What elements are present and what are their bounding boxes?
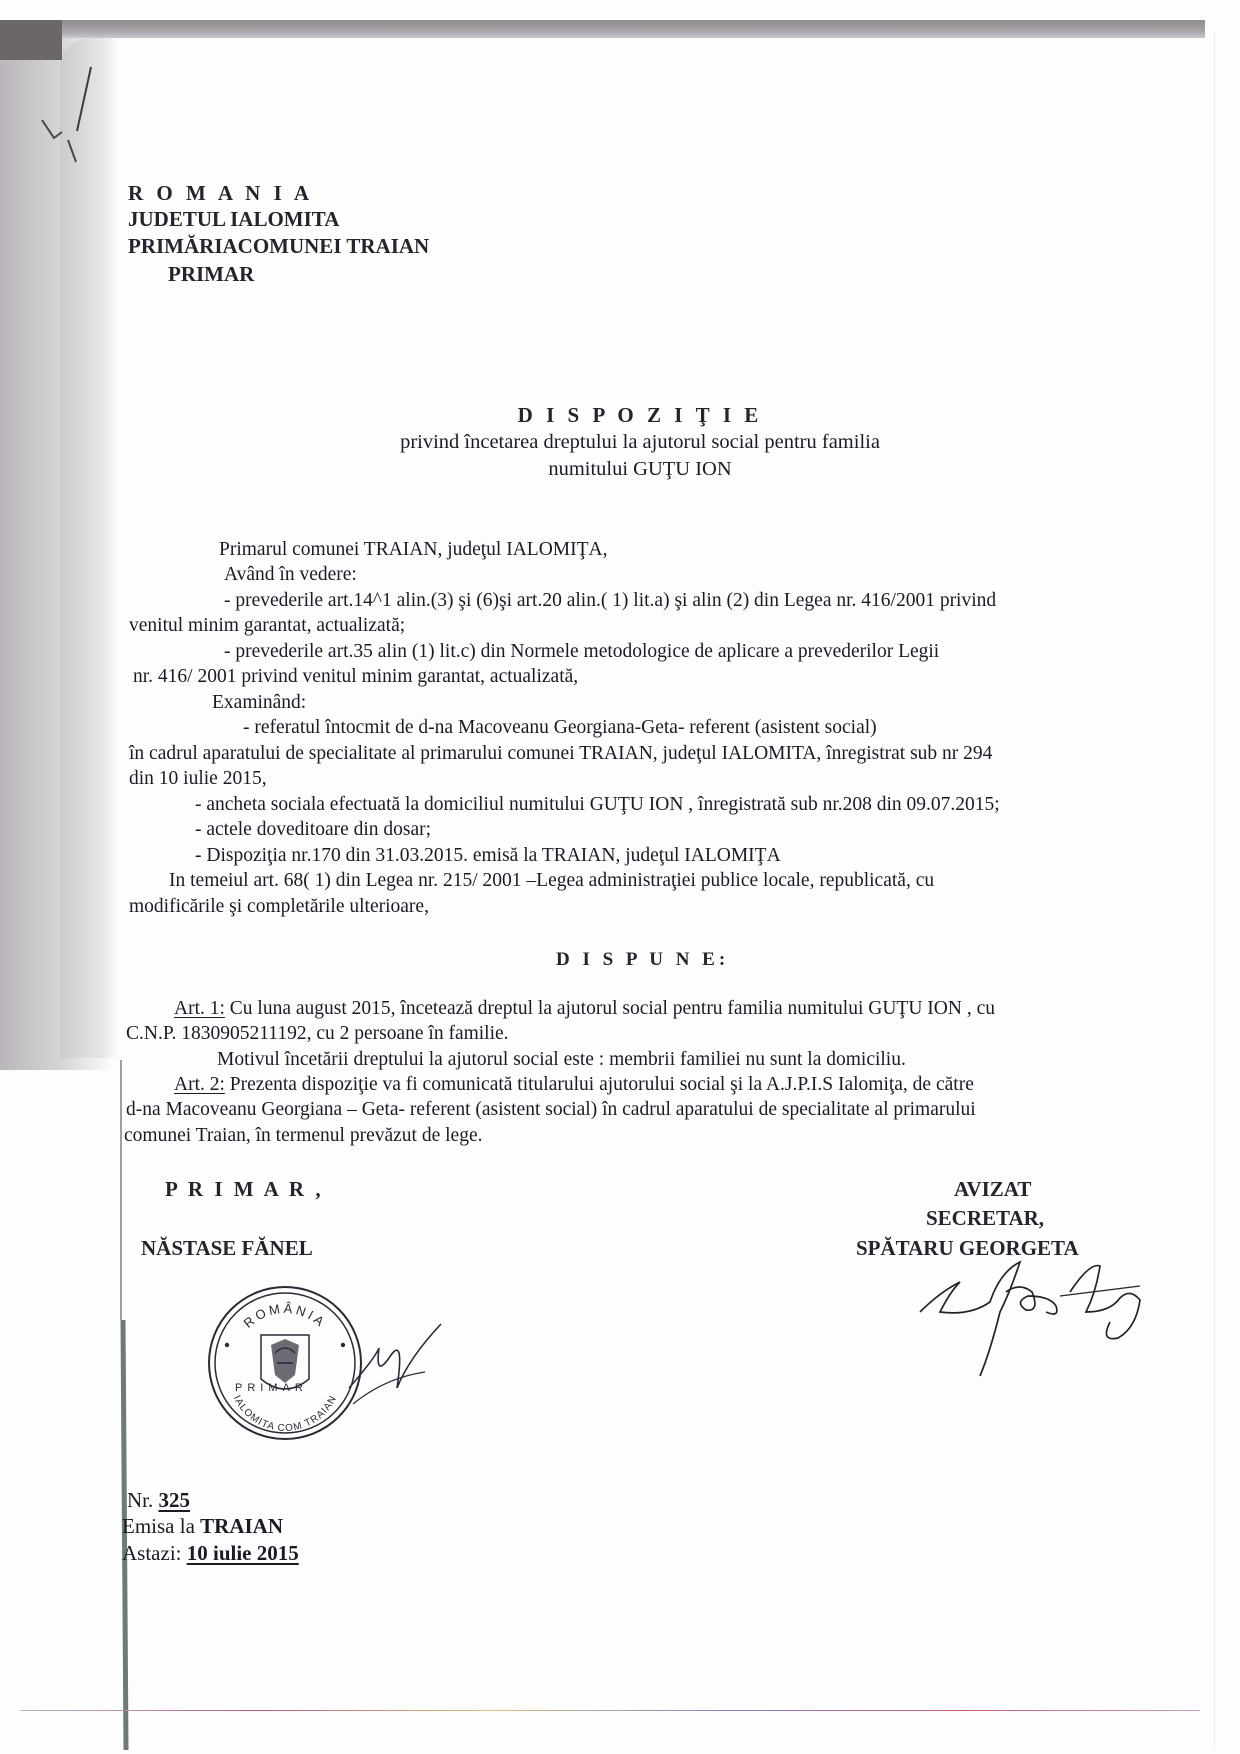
document-number: Nr. 325: [127, 1490, 190, 1511]
having-regard-label: Având în vedere:: [224, 565, 357, 585]
article-2-text: d-na Macoveanu Georgiana – Geta- referen…: [126, 1100, 976, 1120]
scan-staple-marks: [75, 65, 95, 135]
stamp-center-text: PRIMAR: [235, 1383, 308, 1394]
secretary-title: SECRETAR,: [926, 1206, 1044, 1231]
scan-fold-line: [120, 1060, 122, 1320]
document-subtitle: privind încetarea dreptului la ajutorul …: [0, 432, 1240, 453]
scan-shadow-top: [0, 20, 1205, 38]
article-2: Art. 2: Prezenta dispoziţie va fi comuni…: [174, 1075, 974, 1095]
svg-text:ROMÂNIA: ROMÂNIA: [241, 1301, 330, 1331]
article-1-text: C.N.P. 1830905211192, cu 2 persoane în f…: [126, 1024, 509, 1044]
issued-at: Emisa la TRAIAN: [122, 1516, 283, 1537]
scan-edge-line: [1214, 30, 1215, 1750]
provision-line: - prevederile art.14^1 alin.(3) şi (6)şi…: [224, 591, 996, 611]
article-2-text: comunei Traian, în termenul prevăzut de …: [124, 1126, 482, 1146]
examined-item: în cadrul aparatului de specialitate al …: [129, 744, 992, 764]
issuer-line: Primarul comunei TRAIAN, judeţul IALOMIŢ…: [219, 540, 608, 560]
issue-date-value: 10 iulie 2015: [187, 1541, 299, 1565]
provision-line: nr. 416/ 2001 privind venitul minim gara…: [133, 667, 578, 687]
mayor-signature: [345, 1318, 445, 1408]
examined-item: - actele doveditoare din dosar;: [195, 820, 431, 840]
scan-corner-shadow: [0, 20, 62, 60]
article-1-label: Art. 1:: [174, 998, 225, 1019]
examined-item: - referatul întocmit de d-na Macoveanu G…: [243, 718, 877, 738]
secretary-signature: [910, 1252, 1160, 1382]
header-office: PRIMAR: [168, 262, 254, 287]
mayor-title: P R I M A R ,: [165, 1177, 324, 1202]
approval-label: AVIZAT: [954, 1177, 1031, 1202]
issued-place: TRAIAN: [200, 1514, 283, 1538]
document-subtitle: numitului GUŢU ION: [0, 459, 1240, 480]
article-1-reason: Motivul încetării dreptului la ajutorul …: [217, 1050, 906, 1070]
document-title: D I S P O Z I Ţ I E: [0, 403, 1240, 428]
official-stamp: ROMÂNIA IALOMITA COM TRAIAN: [205, 1283, 365, 1443]
legal-basis: In temeiul art. 68( 1) din Legea nr. 215…: [169, 871, 934, 891]
article-2-text: Prezenta dispoziţie va fi comunicată tit…: [225, 1074, 974, 1095]
document-number-value: 325: [159, 1488, 191, 1512]
examining-label: Examinând:: [212, 693, 306, 713]
article-1-text: Cu luna august 2015, încetează dreptul l…: [225, 998, 995, 1019]
article-1: Art. 1: Cu luna august 2015, încetează d…: [174, 999, 995, 1019]
examined-item: - ancheta sociala efectuată la domiciliu…: [195, 795, 1000, 815]
legal-basis: modificările şi completările ulterioare,: [129, 897, 429, 917]
scan-staple-marks: [40, 110, 80, 170]
examined-item: din 10 iulie 2015,: [129, 769, 267, 789]
decision-heading: D I S P U N E:: [556, 949, 729, 971]
issue-date: Astazi: 10 iulie 2015: [122, 1543, 299, 1564]
header-institution: PRIMĂRIACOMUNEI TRAIAN: [128, 234, 429, 259]
header-county: JUDETUL IALOMITA: [128, 207, 339, 232]
provision-line: - prevederile art.35 alin (1) lit.c) din…: [224, 642, 939, 662]
examined-item: - Dispoziţia nr.170 din 31.03.2015. emis…: [195, 846, 781, 866]
scan-edge-line: [20, 1710, 1200, 1711]
header-country: R O M A N I A: [128, 181, 313, 206]
mayor-name: NĂSTASE FĂNEL: [141, 1236, 313, 1261]
article-2-label: Art. 2:: [174, 1074, 225, 1095]
provision-line: venitul minim garantat, actualizată;: [129, 616, 405, 636]
scan-page-curl: [60, 38, 120, 1058]
